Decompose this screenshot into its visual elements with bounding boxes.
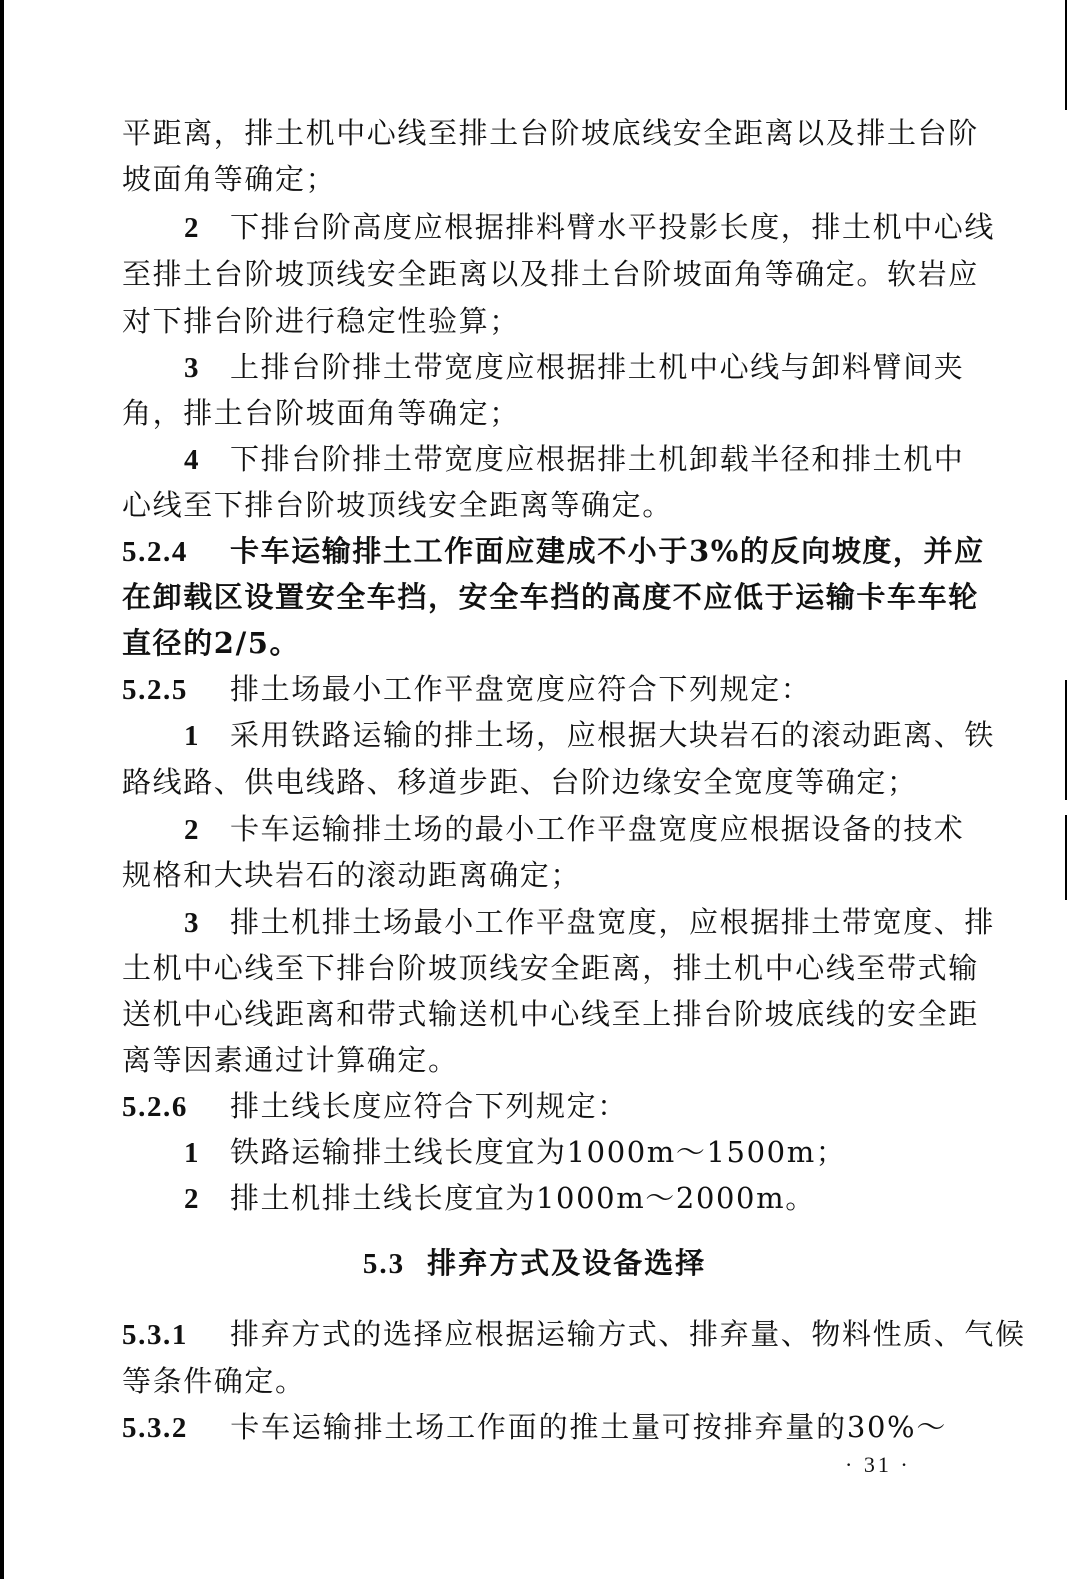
section-title-text: 排弃方式及设备选择 bbox=[427, 1246, 706, 1280]
paragraph-line: 对下排台阶进行稳定性验算； bbox=[122, 298, 947, 344]
list-item: 2下排台阶高度应根据排料臂水平投影长度，排土机中心线 bbox=[122, 204, 947, 250]
list-item: 1铁路运输排土线长度宜为1000m～1500m； bbox=[122, 1129, 947, 1175]
clause-number: 5.2.4 bbox=[122, 529, 230, 575]
line-text: 卡车运输排土场的最小工作平盘宽度应根据设备的技术 bbox=[230, 812, 964, 846]
list-item: 3上排台阶排土带宽度应根据排土机中心线与卸料臂间夹 bbox=[122, 344, 947, 390]
item-number: 3 bbox=[184, 345, 230, 391]
paragraph-line: 离等因素通过计算确定。 bbox=[122, 1037, 947, 1083]
paragraph-line: 送机中心线距离和带式输送机中心线至上排台阶坡底线的安全距 bbox=[122, 991, 947, 1037]
line-text: 排弃方式的选择应根据运输方式、排弃量、物料性质、气候 bbox=[230, 1317, 1026, 1351]
line-text: 等条件确定。 bbox=[122, 1364, 306, 1398]
paragraph-line: 在卸载区设置安全车挡，安全车挡的高度不应低于运输卡车车轮 bbox=[122, 574, 947, 620]
clause-5-2-6: 5.2.6排土线长度应符合下列规定： bbox=[122, 1083, 947, 1129]
page-number: · 31 · bbox=[845, 1452, 911, 1478]
line-text: 铁路运输排土线长度宜为1000m～1500m； bbox=[230, 1135, 846, 1169]
paragraph-line: 等条件确定。 bbox=[122, 1358, 947, 1404]
line-text: 离等因素通过计算确定。 bbox=[122, 1043, 459, 1077]
clause-5-2-4: 5.2.4卡车运输排土工作面应建成不小于3%的反向坡度，并应 bbox=[122, 528, 947, 574]
clause-5-3-2: 5.3.2卡车运输排土场工作面的推土量可按排弃量的30%～ bbox=[122, 1404, 947, 1450]
line-text: 直径的2/5。 bbox=[122, 626, 300, 660]
line-text: 卡车运输排土工作面应建成不小于3%的反向坡度，并应 bbox=[230, 534, 985, 568]
line-text: 在卸载区设置安全车挡，安全车挡的高度不应低于运输卡车车轮 bbox=[122, 580, 979, 614]
item-number: 2 bbox=[184, 1176, 230, 1222]
list-item: 1采用铁路运输的排土场，应根据大块岩石的滚动距离、铁 bbox=[122, 712, 947, 758]
line-text: 对下排台阶进行稳定性验算； bbox=[122, 304, 520, 338]
paragraph-line: 规格和大块岩石的滚动距离确定； bbox=[122, 852, 947, 898]
line-text: 土机中心线至下排台阶坡顶线安全距离，排土机中心线至带式输 bbox=[122, 951, 979, 985]
line-text: 排土机排土场最小工作平盘宽度，应根据排土带宽度、排 bbox=[230, 905, 995, 939]
section-heading: 5.3排弃方式及设备选择 bbox=[122, 1240, 947, 1287]
clause-number: 5.3.2 bbox=[122, 1405, 230, 1451]
paragraph-line: 直径的2/5。 bbox=[122, 620, 947, 666]
item-number: 3 bbox=[184, 900, 230, 946]
clause-number: 5.2.6 bbox=[122, 1084, 230, 1130]
line-text: 平距离，排土机中心线至排土台阶坡底线安全距离以及排土台阶 bbox=[122, 116, 979, 150]
item-number: 2 bbox=[184, 205, 230, 251]
list-item: 3排土机排土场最小工作平盘宽度，应根据排土带宽度、排 bbox=[122, 899, 947, 945]
line-text: 下排台阶排土带宽度应根据排土机卸载半径和排土机中 bbox=[230, 442, 964, 476]
paragraph-line: 至排土台阶坡顶线安全距离以及排土台阶坡面角等确定。软岩应 bbox=[122, 251, 947, 297]
line-text: 采用铁路运输的排土场，应根据大块岩石的滚动距离、铁 bbox=[230, 718, 995, 752]
item-number: 4 bbox=[184, 437, 230, 483]
paragraph-line: 平距离，排土机中心线至排土台阶坡底线安全距离以及排土台阶 bbox=[122, 110, 947, 156]
line-text: 心线至下排台阶坡顶线安全距离等确定。 bbox=[122, 488, 673, 522]
section-number: 5.3 bbox=[363, 1248, 405, 1280]
clause-number: 5.3.1 bbox=[122, 1312, 230, 1358]
line-text: 排土线长度应符合下列规定： bbox=[230, 1089, 628, 1123]
item-number: 2 bbox=[184, 807, 230, 853]
line-text: 排土场最小工作平盘宽度应符合下列规定： bbox=[230, 672, 811, 706]
paragraph-line: 角，排土台阶坡面角等确定； bbox=[122, 390, 947, 436]
clause-5-3-1: 5.3.1排弃方式的选择应根据运输方式、排弃量、物料性质、气候 bbox=[122, 1311, 947, 1357]
scan-border-left bbox=[0, 0, 4, 1579]
line-text: 至排土台阶坡顶线安全距离以及排土台阶坡面角等确定。软岩应 bbox=[122, 257, 979, 291]
item-number: 1 bbox=[184, 1130, 230, 1176]
paragraph-line: 土机中心线至下排台阶坡顶线安全距离，排土机中心线至带式输 bbox=[122, 945, 947, 991]
line-text: 卡车运输排土场工作面的推土量可按排弃量的30%～ bbox=[230, 1410, 947, 1444]
list-item: 2卡车运输排土场的最小工作平盘宽度应根据设备的技术 bbox=[122, 806, 947, 852]
paragraph-line: 坡面角等确定； bbox=[122, 156, 947, 202]
line-text: 路线路、供电线路、移道步距、台阶边缘安全宽度等确定； bbox=[122, 765, 918, 799]
line-text: 角，排土台阶坡面角等确定； bbox=[122, 396, 520, 430]
line-text: 坡面角等确定； bbox=[122, 162, 336, 196]
paragraph-line: 路线路、供电线路、移道步距、台阶边缘安全宽度等确定； bbox=[122, 759, 947, 805]
clause-5-2-5: 5.2.5排土场最小工作平盘宽度应符合下列规定： bbox=[122, 666, 947, 712]
list-item: 4下排台阶排土带宽度应根据排土机卸载半径和排土机中 bbox=[122, 436, 947, 482]
line-text: 规格和大块岩石的滚动距离确定； bbox=[122, 858, 581, 892]
line-text: 送机中心线距离和带式输送机中心线至上排台阶坡底线的安全距 bbox=[122, 997, 979, 1031]
list-item: 2排土机排土线长度宜为1000m～2000m。 bbox=[122, 1175, 947, 1221]
item-number: 1 bbox=[184, 713, 230, 759]
line-text: 排土机排土线长度宜为1000m～2000m。 bbox=[230, 1181, 816, 1215]
line-text: 下排台阶高度应根据排料臂水平投影长度，排土机中心线 bbox=[230, 210, 995, 244]
line-text: 上排台阶排土带宽度应根据排土机中心线与卸料臂间夹 bbox=[230, 350, 964, 384]
clause-number: 5.2.5 bbox=[122, 667, 230, 713]
paragraph-line: 心线至下排台阶坡顶线安全距离等确定。 bbox=[122, 482, 947, 528]
